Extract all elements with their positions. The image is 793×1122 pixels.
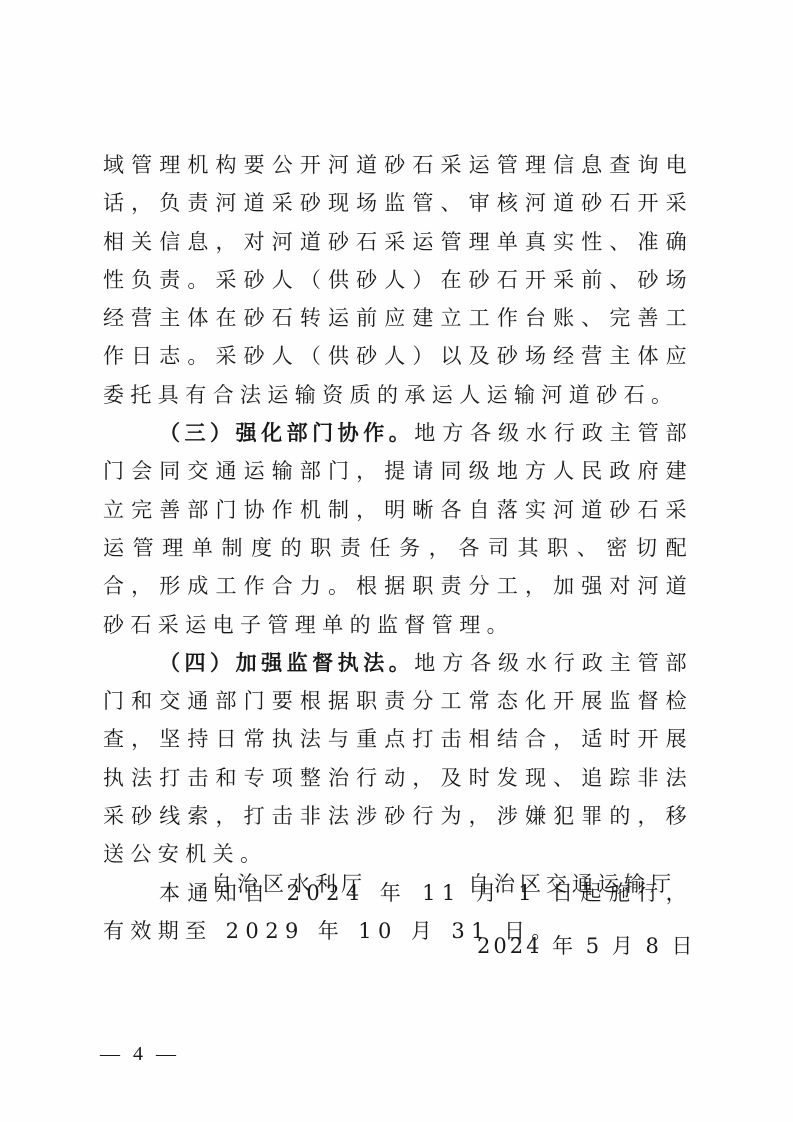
paragraph-1: 域管理机构要公开河道砂石采运管理信息查询电话，负责河道采砂现场监管、审核河道砂石… <box>103 146 693 414</box>
paragraph-text: 地方各级水行政主管部门会同交通运输部门，提请同级地方人民政府建立完善部门协作机制… <box>103 421 693 636</box>
signature-date: 2024 年 5 月 8 日 <box>477 930 696 960</box>
section-heading-3: （三）强化部门协作。 <box>159 420 414 445</box>
paragraph-text: 地方各级水行政主管部门和交通部门要根据职责分工常态化开展监督检查，坚持日常执法与… <box>103 651 693 866</box>
signature-transport-dept: 自治区交通运输厅 <box>468 868 676 898</box>
document-body: 域管理机构要公开河道砂石采运管理信息查询电话，负责河道采砂现场监管、审核河道砂石… <box>103 146 693 950</box>
paragraph-2: （三）强化部门协作。地方各级水行政主管部门会同交通运输部门，提请同级地方人民政府… <box>103 414 693 644</box>
page-number: — 4 — <box>100 1043 180 1066</box>
document-page: 域管理机构要公开河道砂石采运管理信息查询电话，负责河道采砂现场监管、审核河道砂石… <box>0 0 793 1122</box>
paragraph-text: 域管理机构要公开河道砂石采运管理信息查询电话，负责河道采砂现场监管、审核河道砂石… <box>103 153 693 407</box>
paragraph-3: （四）加强监督执法。地方各级水行政主管部门和交通部门要根据职责分工常态化开展监督… <box>103 644 693 874</box>
signature-water-resources-dept: 自治区水利厅 <box>211 868 367 898</box>
section-heading-4: （四）加强监督执法。 <box>159 650 414 675</box>
